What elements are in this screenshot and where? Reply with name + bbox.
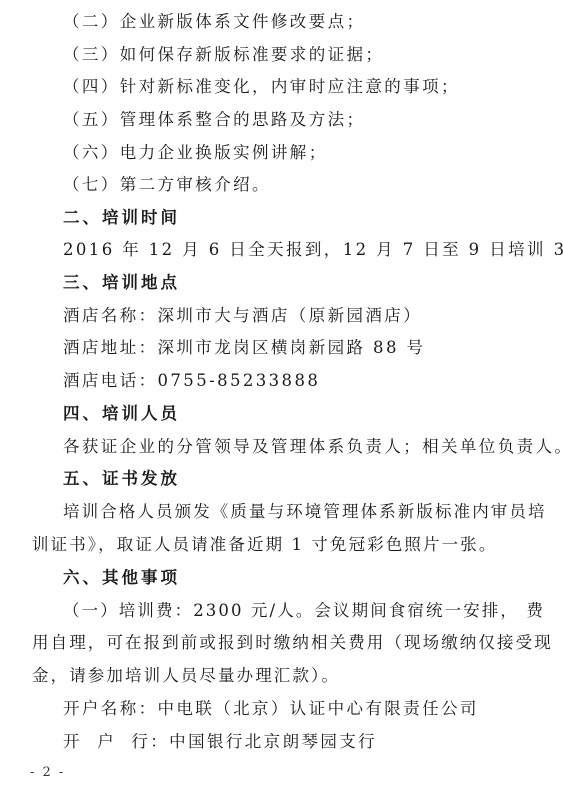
- training-time-text: 2016 年 12 月 6 日全天报到，12 月 7 日至 9 日培训 3 天。: [63, 238, 543, 262]
- list-item-4: （四）针对新标准变化，内审时应注意的事项；: [63, 75, 543, 99]
- section-heading-training-time: 二、培训时间: [63, 206, 543, 230]
- list-item-3: （三）如何保存新版标准要求的证据；: [63, 43, 543, 67]
- account-name: 开户名称：中电联（北京）认证中心有限责任公司: [63, 697, 543, 721]
- list-item-7: （七）第二方审核介绍。: [63, 173, 543, 197]
- list-item-2: （二）企业新版体系文件修改要点；: [63, 10, 543, 34]
- section-heading-other: 六、其他事项: [63, 566, 543, 590]
- fee-text-line3: 金，请参加培训人员尽量办理汇款）。: [32, 664, 543, 688]
- hotel-name: 酒店名称：深圳市大与酒店（原新园酒店）: [63, 304, 543, 328]
- fee-text-line1: （一）培训费：2300 元/人。会议期间食宿统一安排， 费: [63, 599, 543, 623]
- certificate-text-line1: 培训合格人员颁发《质量与环境管理体系新版标准内审员培: [63, 500, 543, 524]
- hotel-phone: 酒店电话：0755-85233888: [63, 369, 543, 393]
- hotel-address: 酒店地址：深圳市龙岗区横岗新园路 88 号: [63, 336, 543, 360]
- section-heading-certificate: 五、证书发放: [63, 467, 543, 491]
- page-number: - 2 -: [30, 765, 65, 780]
- trainees-text: 各获证企业的分管领导及管理体系负责人；相关单位负责人。: [63, 435, 543, 459]
- section-heading-training-location: 三、培训地点: [63, 271, 543, 295]
- list-item-5: （五）管理体系整合的思路及方法；: [63, 108, 543, 132]
- certificate-text-line2: 训证书》，取证人员请准备近期 1 寸免冠彩色照片一张。: [32, 533, 543, 557]
- fee-text-line2: 用自理，可在报到前或报到时缴纳相关费用（现场缴纳仅接受现: [32, 631, 543, 655]
- account-bank: 开 户 行：中国银行北京朗琴园支行: [63, 730, 543, 754]
- list-item-6: （六）电力企业换版实例讲解；: [63, 141, 543, 165]
- section-heading-trainees: 四、培训人员: [63, 402, 543, 426]
